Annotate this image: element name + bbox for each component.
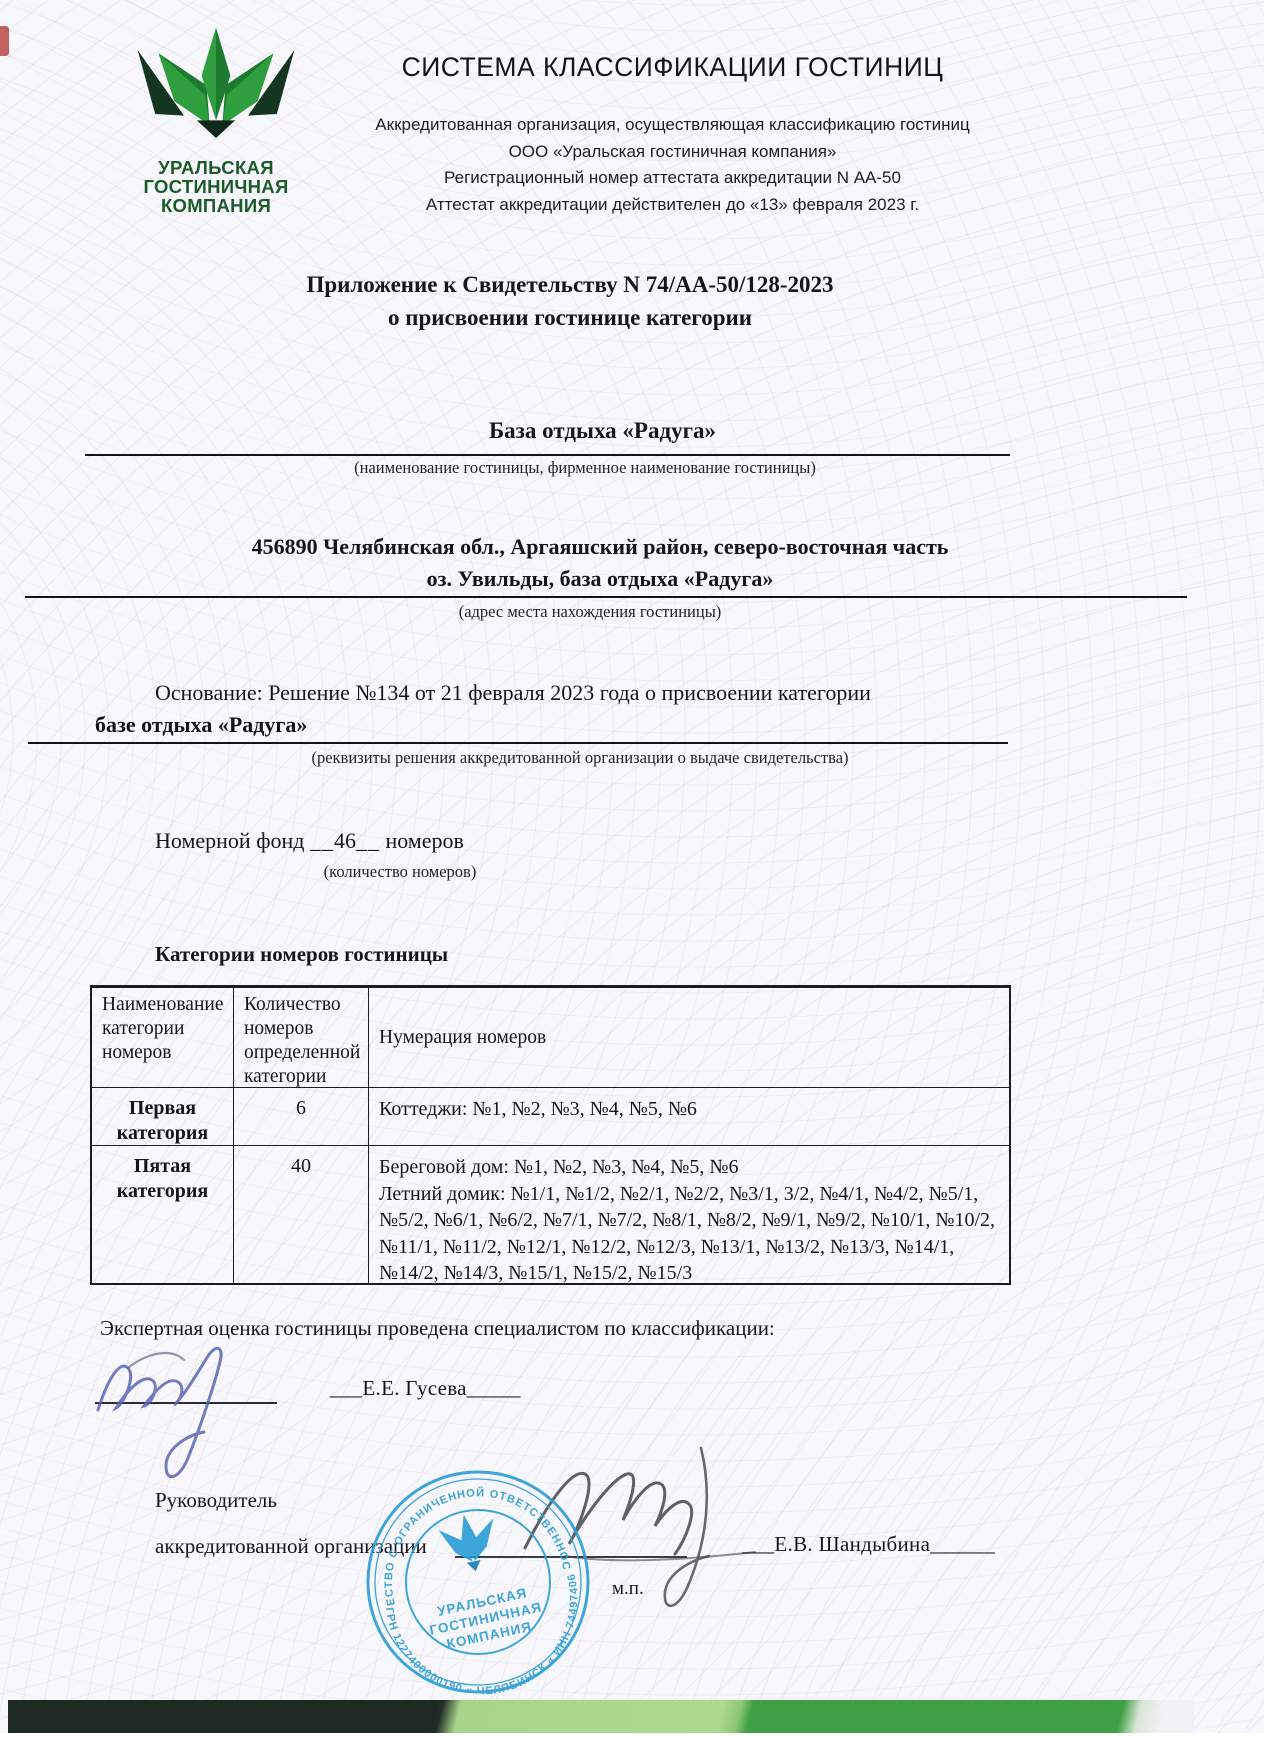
director-name: ___Е.В. Шандыбина______	[742, 1532, 995, 1557]
expert-signature	[88, 1338, 318, 1498]
accreditation-line: Аккредитованная организация, осуществляю…	[300, 112, 1045, 139]
table-row-category: Первая категория	[92, 1088, 234, 1146]
stamp-ring-text-bottom: ОГРН 1227400000190 « ЧЕЛЯБИНСК « ИНН 744…	[342, 1446, 599, 1719]
document-page: УРАЛЬСКАЯ ГОСТИНИЧНАЯ КОМПАНИЯ СИСТЕМА К…	[0, 0, 1264, 1753]
system-title: СИСТЕМА КЛАССИФИКАЦИИ ГОСТИНИЦ	[340, 52, 1005, 83]
basis-line2: базе отдыха «Радуга»	[95, 712, 307, 738]
address-caption: (адрес места нахождения гостиницы)	[290, 602, 890, 622]
document-title-line2: о присвоении гостинице категории	[60, 301, 1080, 334]
scan-edge-mark	[0, 26, 9, 56]
organization-stamp: ОБЩЕСТВО С ОГРАНИЧЕННОЙ ОТВЕТСТВЕННОСТЬЮ…	[342, 1446, 615, 1719]
room-fund-underscore: __	[310, 828, 334, 853]
director-role-line1: Руководитель	[155, 1488, 277, 1513]
room-fund-label: Номерной фонд	[155, 828, 304, 853]
document-title-line1: Приложение к Свидетельству N 74/АА-50/12…	[60, 268, 1080, 301]
accreditation-line: ООО «Уральская гостиничная компания»	[300, 139, 1045, 166]
room-fund-caption: (количество номеров)	[250, 862, 550, 882]
hotel-name-caption: (наименование гостиницы, фирменное наиме…	[260, 458, 910, 478]
accreditation-line: Регистрационный номер аттестата аккредит…	[300, 165, 1045, 192]
room-fund-value: 46	[334, 828, 356, 853]
table-row-count: 6	[234, 1088, 369, 1146]
table-section-title: Категории номеров гостиницы	[155, 942, 448, 967]
svg-text:ОБЩЕСТВО С ОГРАНИЧЕННОЙ ОТВЕТС: ОБЩЕСТВО С ОГРАНИЧЕННОЙ ОТВЕТСТВЕННОСТЬЮ	[342, 1446, 573, 1615]
room-fund-unit: номеров	[385, 828, 463, 853]
company-logo-caption: УРАЛЬСКАЯ ГОСТИНИЧНАЯ КОМПАНИЯ	[118, 158, 314, 215]
room-categories-table: Наименование категории номеров Количеств…	[90, 985, 1011, 1285]
accreditation-line: Аттестат аккредитации действителен до «1…	[300, 192, 1045, 219]
table-header-numbering: Нумерация номеров	[369, 988, 1009, 1088]
stamp-logo-icon	[436, 1509, 503, 1577]
room-fund-underscore: __	[356, 828, 380, 853]
hotel-address-line1: 456890 Челябинская обл., Аргаяшский райо…	[60, 534, 1140, 560]
document-title: Приложение к Свидетельству N 74/АА-50/12…	[60, 268, 1080, 334]
accreditation-block: Аккредитованная организация, осуществляю…	[300, 112, 1045, 218]
table-row-category: Пятая категория	[92, 1146, 234, 1283]
table-row-count: 40	[234, 1146, 369, 1283]
basis-line1: Основание: Решение №134 от 21 февраля 20…	[155, 680, 871, 706]
basis-caption: (реквизиты решения аккредитованной орган…	[230, 748, 930, 768]
hotel-address-line2: оз. Увильды, база отдыха «Радуга»	[60, 566, 1140, 592]
table-row-numbers: Коттеджи: №1, №2, №3, №4, №5, №6	[369, 1088, 1009, 1146]
svg-text:ОГРН 1227400000190 « ЧЕЛЯБИНСК: ОГРН 1227400000190 « ЧЕЛЯБИНСК « ИНН 744…	[342, 1446, 599, 1719]
company-logo-icon	[126, 26, 306, 138]
table-header-count: Количество номеров определенной категори…	[234, 988, 369, 1088]
room-fund-line: Номерной фонд __46__ номеров	[155, 828, 464, 854]
seal-place-mark: м.п.	[612, 1578, 644, 1600]
hotel-name: База отдыха «Радуга»	[85, 418, 1010, 456]
expert-name: ___Е.Е. Гусева_____	[330, 1376, 521, 1401]
bottom-decorative-bar	[8, 1700, 1194, 1733]
table-row-numbers: Береговой дом: №1, №2, №3, №4, №5, №6 Ле…	[369, 1146, 1009, 1283]
table-header-category: Наименование категории номеров	[92, 988, 234, 1088]
stamp-ring-text-top: ОБЩЕСТВО С ОГРАНИЧЕННОЙ ОТВЕТСТВЕННОСТЬЮ	[342, 1446, 573, 1615]
page-bottom-margin	[0, 1733, 1264, 1753]
